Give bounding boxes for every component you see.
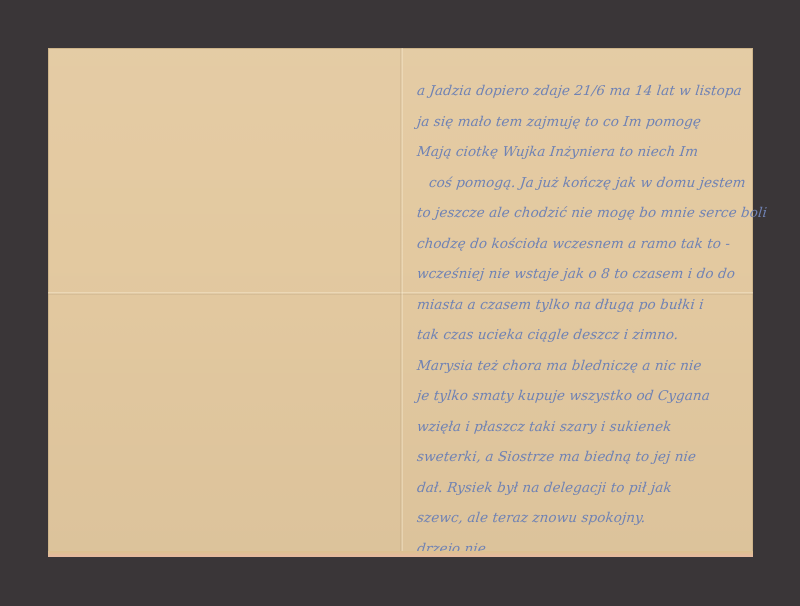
text-line: drzejo nie [415,534,748,565]
right-page: a Jadzia dopiero zdaje 21/6 ma 14 lat w … [403,48,753,557]
text-line: szewc, ale teraz znowu spokojny. [415,503,748,534]
text-line: to jeszcze ale chodzić nie mogę bo mnie … [415,198,748,229]
text-line: sweterki, a Siostrze ma biedną to jej ni… [415,442,748,473]
text-line: Marysia też chora ma bledniczę a nic nie [415,351,748,382]
text-line: ja się mało tem zajmuję to co Im pomogę [415,107,748,138]
text-line: miasta a czasem tylko na długą po bułki … [415,290,748,321]
text-line: je tylko smaty kupuje wszystko od Cygana [415,381,748,412]
text-line: coś pomogą. Ja już kończę jak w domu jes… [415,168,748,199]
text-line: chodzę do kościoła wczesnem a ramo tak t… [415,229,748,260]
text-line: Mają ciotkę Wujka Inżyniera to niech Im [415,137,748,168]
text-line: wcześniej nie wstaje jak o 8 to czasem i… [415,259,748,290]
handwritten-text: a Jadzia dopiero zdaje 21/6 ma 14 lat w … [417,76,747,564]
text-line: a Jadzia dopiero zdaje 21/6 ma 14 lat w … [415,76,748,107]
paper-edge-tint [48,551,753,557]
left-page-blank [48,48,400,557]
text-line: dał. Rysiek był na delegacji to pił jak [415,473,748,504]
text-line: tak czas ucieka ciągle deszcz i zimno. [415,320,748,351]
text-line: wzięła i płaszcz taki szary i sukienek [415,412,748,443]
letter-sheet: a Jadzia dopiero zdaje 21/6 ma 14 lat w … [48,48,753,557]
